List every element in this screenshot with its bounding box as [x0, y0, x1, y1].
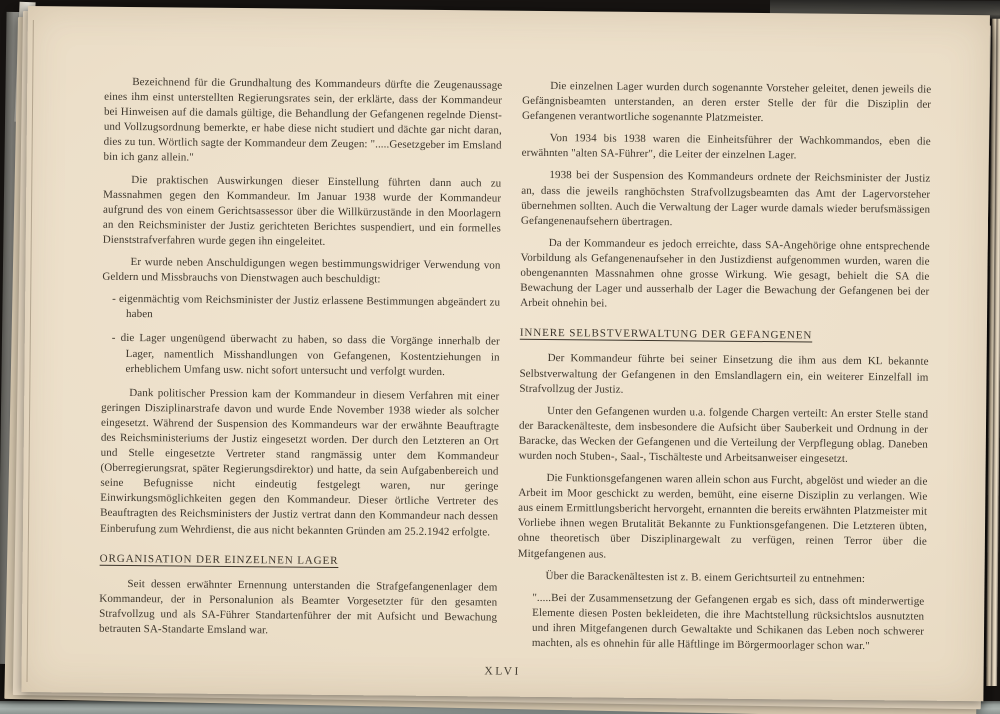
section-heading: ORGANISATION DER EINZELNEN LAGER — [100, 551, 498, 570]
page-number: XLVI — [22, 661, 984, 682]
paragraph: Über die Barackenältesten ist z. B. eine… — [517, 568, 926, 587]
paragraph: Da der Kommandeur es jedoch erreichte, d… — [520, 236, 930, 315]
text-column-left: Bezeichnend für die Grundhaltung des Kom… — [99, 75, 502, 648]
paragraph: Die einzelnen Lager wurden durch sogenan… — [522, 79, 931, 128]
paragraph: Dank politischer Pression kam der Komman… — [100, 385, 499, 540]
paragraph: Von 1934 bis 1938 waren die Einheitsführ… — [522, 131, 931, 165]
paragraph: Der Kommandeur führte bei seiner Einsetz… — [519, 351, 928, 400]
text-column-right: Die einzelnen Lager wurden durch sogenan… — [517, 79, 932, 662]
document-page: Bezeichnend für die Grundhaltung des Kom… — [21, 6, 990, 701]
paragraph: Die Funktionsgefangenen waren allein sch… — [518, 471, 928, 565]
paragraph: Unter den Gefangenen wurden u.a. folgend… — [519, 403, 929, 467]
paragraph: Bezeichnend für die Grundhaltung des Kom… — [103, 75, 502, 169]
paragraph: Seit dessen erwähnter Ernennung untersta… — [99, 576, 498, 640]
paragraph: Er wurde neben Anschuldigungen wegen bes… — [102, 255, 500, 289]
list-item: - die Lager ungenügend überwacht zu habe… — [111, 331, 499, 380]
list-item: - eigenmächtig vom Reichsminister der Ju… — [112, 292, 500, 326]
section-heading: INNERE SELBSTVERWALTUNG DER GEFANGENEN — [520, 326, 929, 345]
scanned-book-page-photo: Bezeichnend für die Grundhaltung des Kom… — [0, 0, 1000, 714]
paragraph: 1938 bei der Suspension des Kommandeurs … — [521, 168, 931, 232]
block-quote: ".....Bei der Zusammensetzung der Gefang… — [532, 591, 925, 655]
paragraph: Die praktischen Auswirkungen dieser Eins… — [103, 172, 502, 251]
